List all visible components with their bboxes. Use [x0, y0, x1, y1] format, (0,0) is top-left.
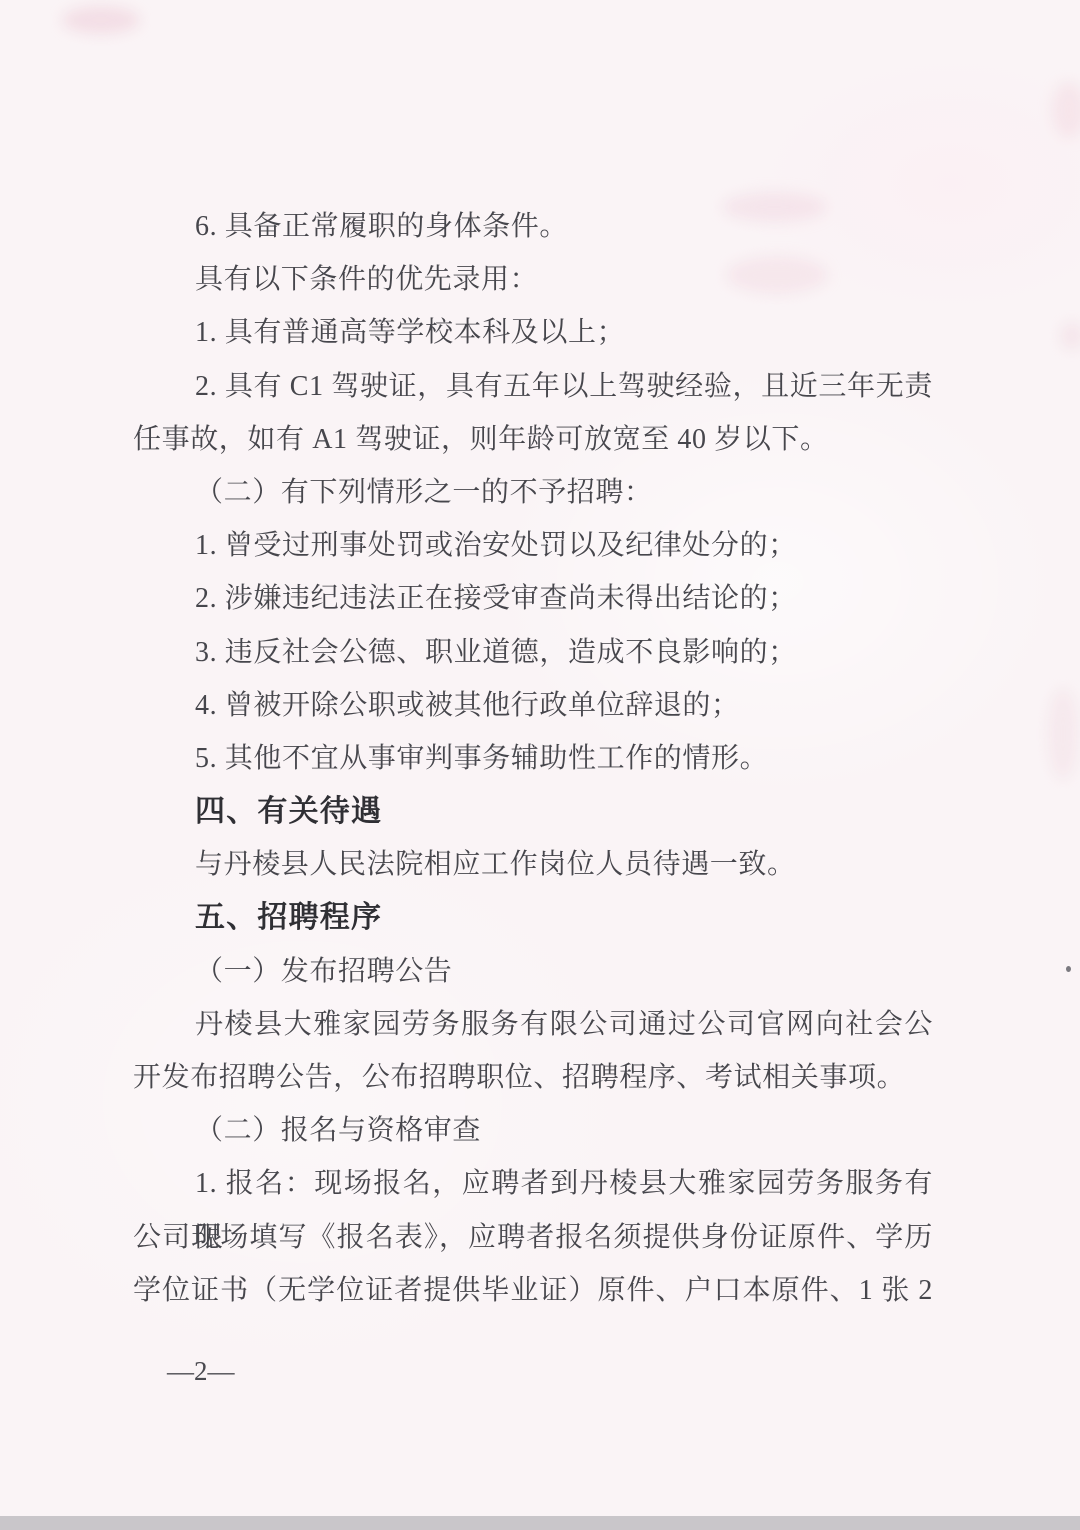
registration-line-2: 公司现场填写《报名表》，应聘者报名须提供身份证原件、学历 — [133, 1211, 933, 1264]
exclusion-item-1: 1. 曾受过刑事处罚或治安处罚以及纪律处分的； — [133, 519, 933, 572]
subsection-1-body: 丹棱县大雅家园劳务服务有限公司通过公司官网向社会公 — [133, 998, 933, 1051]
page-number: —2— — [167, 1356, 235, 1387]
priority-item-2-cont: 任事故，如有 A1 驾驶证，则年龄可放宽至 40 岁以下。 — [133, 413, 933, 466]
subsection-1-heading: （一）发布招聘公告 — [133, 945, 933, 998]
priority-intro: 具有以下条件的优先录用： — [133, 253, 933, 306]
exclusion-item-2: 2. 涉嫌违纪违法正在接受审查尚未得出结论的； — [133, 572, 933, 625]
scan-artifact — [62, 6, 140, 34]
viewer-bottom-bar — [0, 1516, 1080, 1530]
scan-artifact — [1052, 82, 1080, 138]
scan-artifact — [1048, 688, 1078, 780]
scan-artifact — [1060, 322, 1080, 350]
priority-item-1: 1. 具有普通高等学校本科及以上； — [133, 306, 933, 359]
registration-line-3: 学位证书（无学位证者提供毕业证）原件、户口本原件、1 张 2 — [133, 1264, 933, 1317]
section-4-heading: 四、有关待遇 — [133, 785, 933, 838]
scan-speck — [1066, 966, 1071, 972]
exclusion-item-4: 4. 曾被开除公职或被其他行政单位辞退的； — [133, 679, 933, 732]
document-body: 6. 具备正常履职的身体条件。 具有以下条件的优先录用： 1. 具有普通高等学校… — [133, 200, 933, 1317]
subsection-1-body-cont: 开发布招聘公告，公布招聘职位、招聘程序、考试相关事项。 — [133, 1051, 933, 1104]
priority-item-2: 2. 具有 C1 驾驶证，具有五年以上驾驶经验，且近三年无责 — [133, 360, 933, 413]
exclusion-item-3: 3. 违反社会公德、职业道德，造成不良影响的； — [133, 626, 933, 679]
exclusion-item-5: 5. 其他不宜从事审判事务辅助性工作的情形。 — [133, 732, 933, 785]
scanned-document-page: 6. 具备正常履职的身体条件。 具有以下条件的优先录用： 1. 具有普通高等学校… — [0, 0, 1080, 1530]
subsection-2-heading: （二）报名与资格审查 — [133, 1104, 933, 1157]
section-4-body: 与丹棱县人民法院相应工作岗位人员待遇一致。 — [133, 838, 933, 891]
condition-6: 6. 具备正常履职的身体条件。 — [133, 200, 933, 253]
registration-line-1: 1. 报名：现场报名，应聘者到丹棱县大雅家园劳务服务有限 — [133, 1157, 933, 1210]
section-5-heading: 五、招聘程序 — [133, 891, 933, 944]
exclusion-intro: （二）有下列情形之一的不予招聘： — [133, 466, 933, 519]
